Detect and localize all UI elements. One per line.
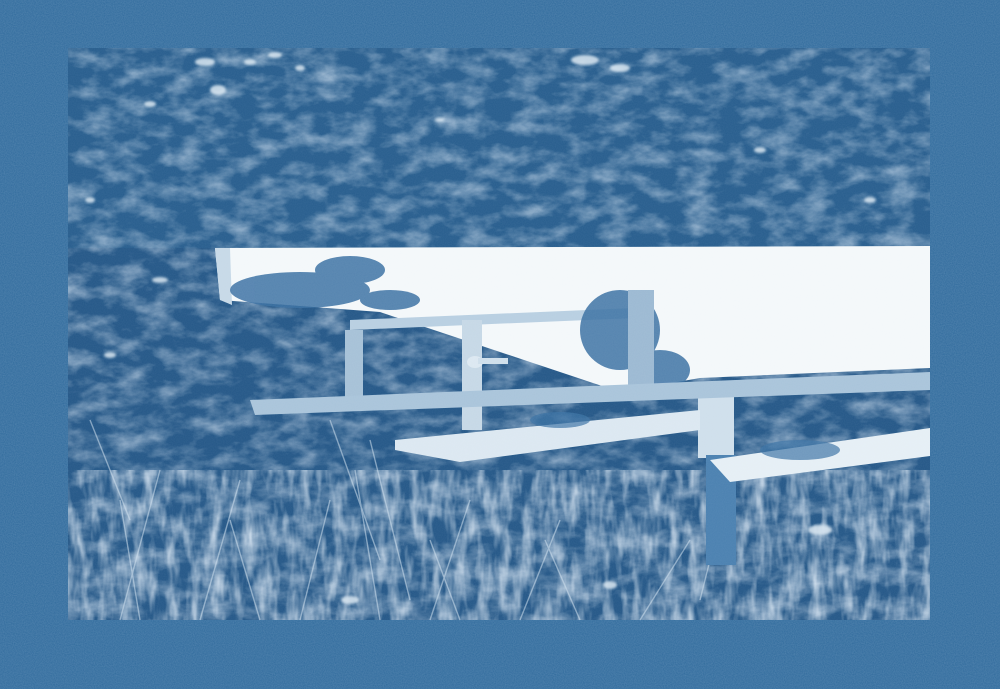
cyanotype-photo xyxy=(0,0,1000,689)
